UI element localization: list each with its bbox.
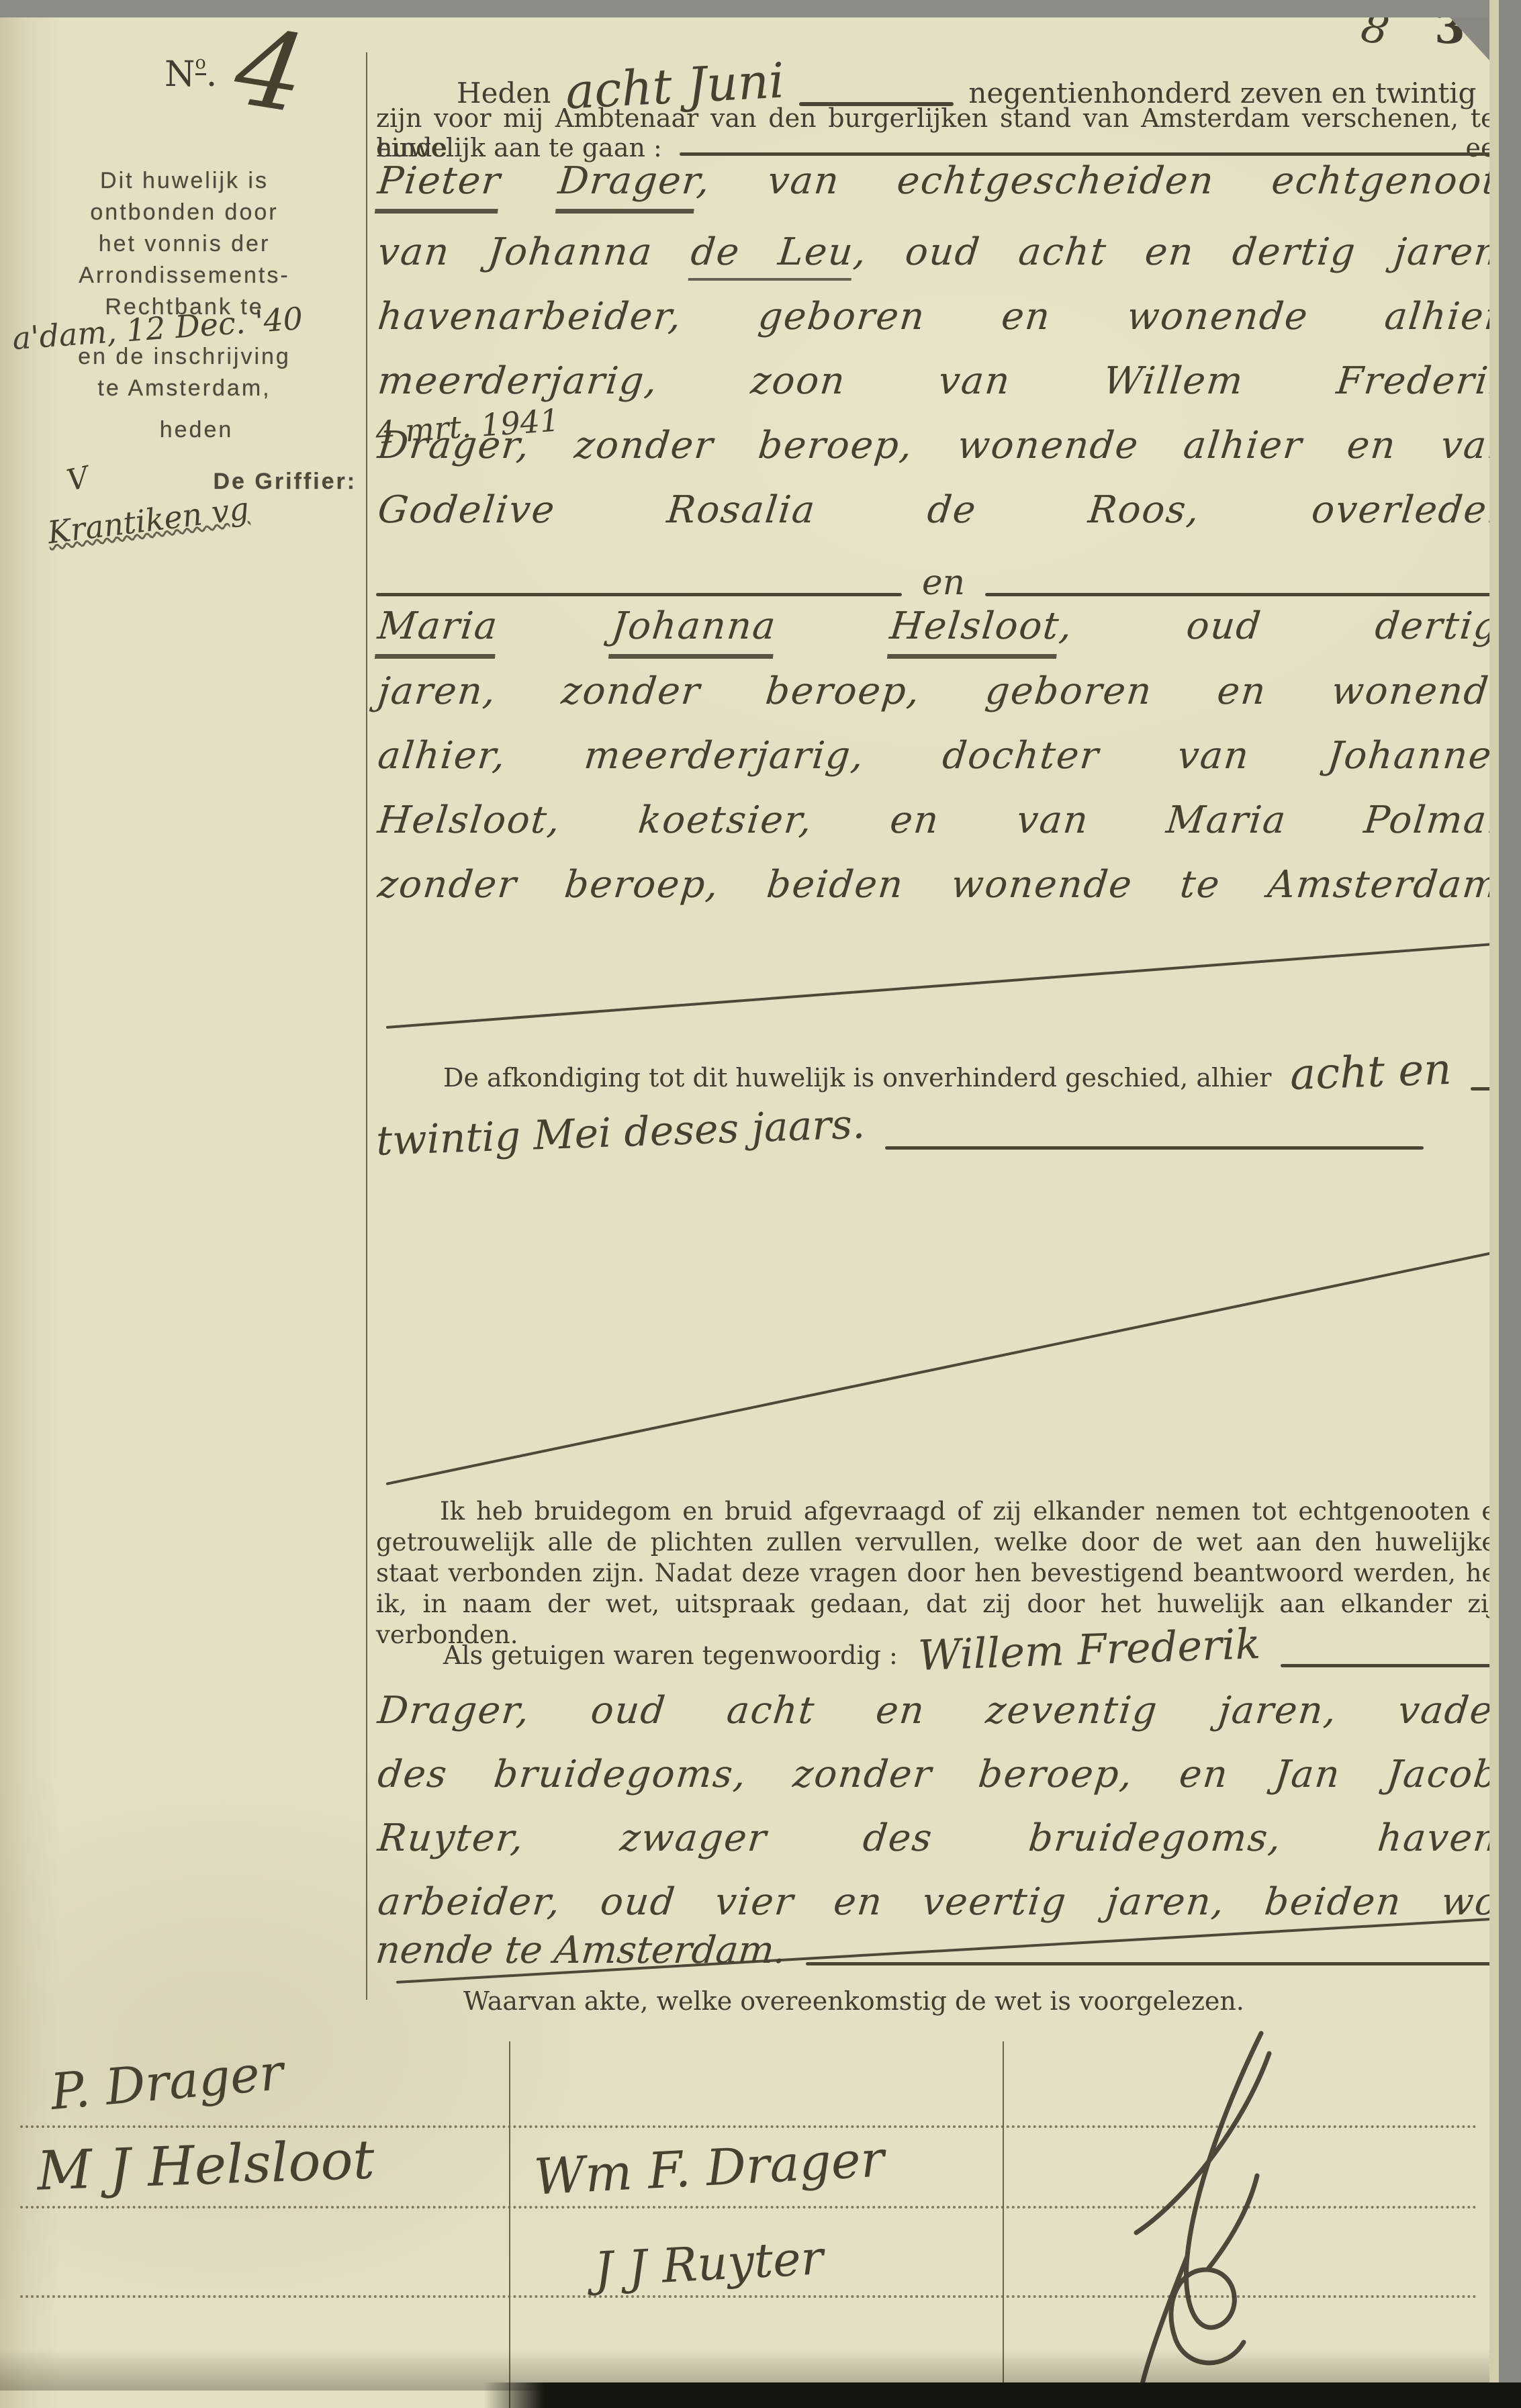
bride-line-1: Maria Johanna Helsloot, oud dertig-: [376, 608, 1515, 645]
witness-line-3: des bruidegoms, zonder beroep, en Jan Ja…: [376, 1756, 1515, 1794]
proclamation-row-2: twintig Mei deses jaars.: [376, 1109, 1424, 1156]
proclamation-row: De afkondiging tot dit huwelijk is onver…: [376, 1048, 1512, 1097]
bride-first-name: Maria: [375, 604, 500, 659]
witnesses-row: Als getuigen waren tegenwoordig : Willem…: [376, 1625, 1512, 1674]
groom-line-5: Drager, zonder beroep, wonende alhier en…: [376, 427, 1515, 465]
witness-line-4: Ruyter, zwager des bruidegoms, haven-: [376, 1820, 1515, 1857]
witness-line-2: Drager, oud acht en zeventig jaren, vade…: [376, 1692, 1515, 1730]
groom-line-1-rest: , van echtgescheiden echtgenoot-: [695, 159, 1516, 203]
intro-line-3-text: huwelijk aan te gaan :: [376, 133, 662, 163]
groom-line-2a: van Johanna: [376, 230, 694, 274]
proclamation-handwritten-2: twintig Mei deses jaars.: [375, 1101, 866, 1164]
official-signature-flourish: [1048, 2021, 1336, 2397]
filler-rule: [885, 1146, 1424, 1150]
groom-line-1: Pieter Drager, van echtgescheiden echtge…: [376, 163, 1515, 200]
stamp-line: ontbonden door: [15, 197, 354, 228]
filler-rule: [985, 593, 1511, 596]
proclamation-handwritten: acht en: [1289, 1045, 1453, 1100]
groom-first-name: Pieter: [375, 159, 504, 214]
bride-line-5: zonder beroep, beiden wonende te Amsterd…: [376, 866, 1515, 904]
bride-line-4: Helsloot, koetsier, en van Maria Polman: [376, 802, 1515, 839]
groom-line-6: Godelive Rosalia de Roos, overleden: [376, 492, 1515, 529]
next-page-edge: [1489, 0, 1499, 2408]
connector-row: en: [376, 563, 1511, 603]
stamp-line: Dit huwelijk is: [15, 165, 354, 197]
bride-line-1-rest: , oud dertig-: [1058, 604, 1516, 648]
stamp-line: en de inschrijving: [15, 341, 354, 373]
margin-divider-line: [366, 52, 367, 2000]
stamp-line: het vonnis der: [15, 228, 354, 260]
witness-handwritten-intro: Willem Frederik: [917, 1619, 1261, 1680]
bride-line-2: jaren, zonder beroep, geboren en wonende: [376, 673, 1515, 710]
filler-rule: [680, 152, 1512, 156]
divorce-stamp-2: en de inschrijving te Amsterdam,: [15, 341, 354, 404]
bride-middle-name: Johanna: [608, 604, 779, 659]
filler-rule: [806, 1962, 1511, 1965]
witnesses-label: Als getuigen waren tegenwoordig :: [443, 1640, 898, 1670]
groom-last-name: Drager: [555, 159, 700, 214]
stamp-heden-label: heden: [27, 414, 366, 446]
connector-en: en: [922, 563, 965, 603]
ex-wife-name: de Leu: [688, 230, 856, 281]
groom-line-3: havenarbeider, geboren en wonende alhier…: [376, 298, 1515, 336]
divorce-stamp: Dit huwelijk is ontbonden door het vonni…: [15, 165, 354, 323]
witness-line-6: nende te Amsterdam.: [374, 1929, 788, 1972]
groom-line-2: van Johanna de Leu, oud acht en dertig j…: [376, 234, 1515, 271]
check-mark: V: [64, 460, 92, 498]
filler-rule: [376, 593, 902, 596]
bride-line-3: alhier, meerderjarig, dochter van Johann…: [376, 737, 1515, 775]
stamp-line: Arrondissements-: [15, 260, 354, 291]
witness-line-6-row: nende te Amsterdam.: [376, 1929, 1511, 1972]
bride-signature: M J Helsloot: [36, 2128, 376, 2202]
act-number-sup: o: [195, 52, 206, 75]
scanned-marriage-certificate: No. 4 8 3 Dit huwelijk is ontbonden door…: [0, 0, 1521, 2408]
act-number-label: No.: [165, 52, 217, 95]
act-number-n: N: [165, 54, 195, 95]
groom-line-2c: , oud acht en dertig jaren,: [851, 230, 1515, 274]
act-number-dot: .: [206, 54, 218, 95]
intro-line-3: huwelijk aan te gaan :: [376, 133, 1512, 163]
stamp-line: te Amsterdam,: [15, 373, 354, 404]
scanner-background-right: [1499, 0, 1521, 2408]
filler-dash: [1281, 1664, 1512, 1667]
book-binding-shadow: [483, 2382, 1521, 2408]
bride-last-name: Helsloot: [886, 604, 1062, 659]
scanner-background-top: [0, 0, 1521, 17]
groom-line-4: meerderjarig, zoon van Willem Frederik: [376, 363, 1515, 400]
closing-line: Waarvan akte, welke overeenkomstig de we…: [463, 1986, 1244, 2016]
witness-line-5: arbeider, oud vier en veertig jaren, bei…: [376, 1884, 1515, 1921]
proclamation-printed: De afkondiging tot dit huwelijk is onver…: [443, 1063, 1271, 1093]
